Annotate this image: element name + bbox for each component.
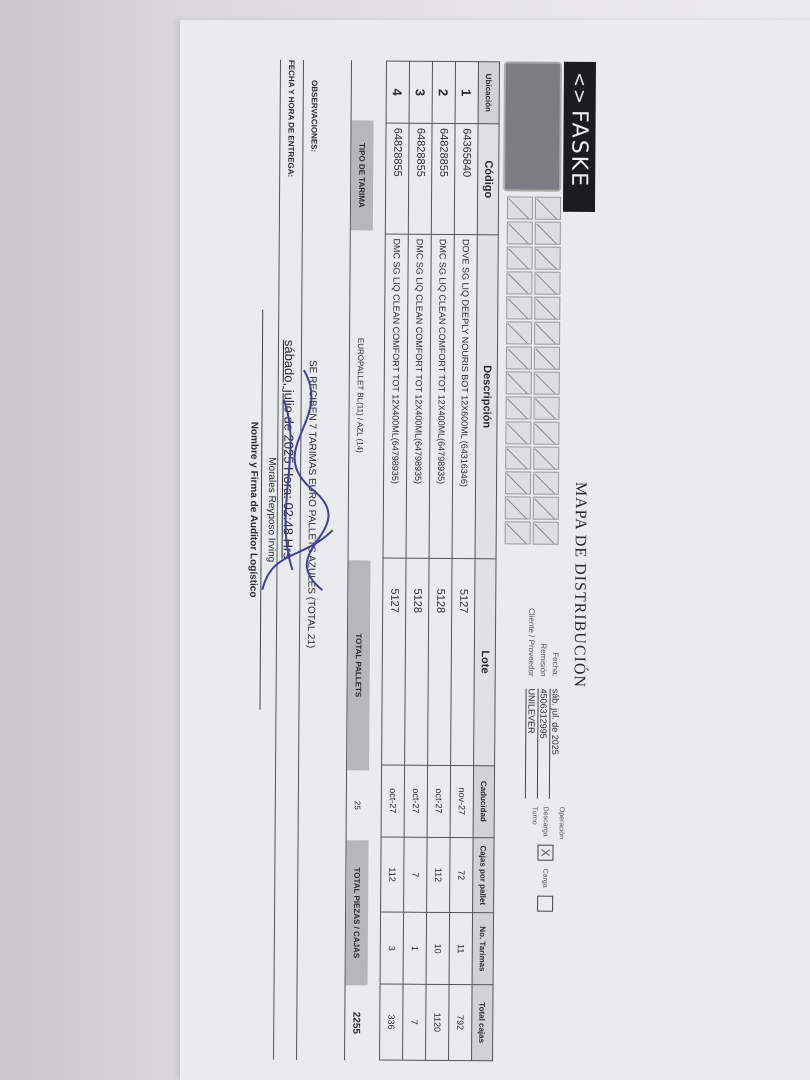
cell-codigo: 64365840 xyxy=(454,124,478,235)
total-boxes-value: 2255 xyxy=(351,985,363,1060)
col-lote: Lote xyxy=(474,558,496,765)
cell-caducidad: oct-27 xyxy=(381,765,405,837)
background-sheet xyxy=(0,0,140,1080)
pallet-cell xyxy=(506,321,532,344)
document-title: MAPA DE DISTRIBUCIÓN xyxy=(570,482,589,688)
diamond-icon: <> xyxy=(569,72,590,106)
pallet-map xyxy=(505,196,561,544)
meta-block: Fecha:sáb. jul. de 2025 Remisión45063129… xyxy=(525,587,562,799)
cell-descripcion: DMC SG LIQ CLEAN COMFORT TOT 12X400ML(64… xyxy=(383,234,408,558)
remision-value: 4506312995 xyxy=(537,689,549,799)
cell-ubicacion: 4 xyxy=(386,61,409,123)
delivery-date-label: FECHA Y HORA DE ENTREGA: xyxy=(286,60,296,230)
pallet-cell xyxy=(505,421,531,444)
cell-codigo: 64828855 xyxy=(408,123,432,234)
descarga-label: Descarga xyxy=(542,807,549,837)
total-boxes-label: TOTAL PIEZAS / CAJAS xyxy=(346,840,369,985)
pallet-cell xyxy=(535,222,561,245)
cell-lote: 5127 xyxy=(382,558,406,765)
col-descripcion: Descripción xyxy=(475,235,498,559)
cell-tarimas: 11 xyxy=(449,913,472,985)
brand-name: FASKE xyxy=(567,110,593,188)
cell-total: 7 xyxy=(403,984,427,1060)
pallet-cell xyxy=(507,246,533,269)
cell-caducidad: nov-27 xyxy=(450,765,474,837)
col-tarimas: No. Tarimas xyxy=(472,913,493,985)
pallet-cell xyxy=(506,346,532,369)
client-value: UNILEVER xyxy=(525,689,537,799)
pallet-cell xyxy=(533,472,559,495)
brand-logo: <> FASKE xyxy=(563,62,596,212)
cell-descripcion: DOVE SG LIQ DEEPLY NOURIS BOT 12X600ML (… xyxy=(452,234,477,558)
total-pallets-label: TOTAL PALLETS xyxy=(347,560,370,770)
pallet-cell xyxy=(507,196,533,219)
pallet-cell xyxy=(505,471,531,494)
cell-lote: 5128 xyxy=(405,558,429,765)
cell-caducidad: oct-27 xyxy=(427,765,451,837)
truck-icon xyxy=(503,61,562,191)
operation-label: Operación xyxy=(557,807,565,912)
cell-cajas_pallet: 112 xyxy=(381,837,405,913)
cell-cajas_pallet: 7 xyxy=(404,837,428,913)
pallet-type-value: EUROPALLET BL(11) / AZL (14) xyxy=(355,230,366,560)
cell-tarimas: 3 xyxy=(380,912,403,984)
auditor-block: Morales Reyposo Irving Nombre y Firma de… xyxy=(246,310,278,710)
cell-descripcion: DMC SG LIQ CLEAN COMFORT TOT 12X400ML(64… xyxy=(406,234,431,558)
cell-ubicacion: 2 xyxy=(432,61,455,123)
cell-tarimas: 10 xyxy=(426,913,449,985)
pallet-cell xyxy=(533,497,559,520)
pallet-cell xyxy=(534,372,560,395)
pallet-cell xyxy=(534,397,560,420)
col-caducidad: Caducidad xyxy=(473,765,495,837)
delivery-date-value: sábado, julio de 2025 Hora: 02:48 Hrs xyxy=(278,230,299,1060)
pallet-cell xyxy=(505,496,531,519)
cell-cajas_pallet: 112 xyxy=(427,837,451,913)
pallet-cell xyxy=(533,447,559,470)
cell-descripcion: DMC SG LIQ CLEAN COMFORT TOT 12X400ML(64… xyxy=(429,234,454,558)
date-label: Fecha: xyxy=(551,587,561,689)
pallet-cell xyxy=(534,297,560,320)
pallet-cell xyxy=(533,422,559,445)
pallet-cell xyxy=(505,521,531,544)
pallet-cell xyxy=(506,271,532,294)
cell-caducidad: oct-27 xyxy=(404,765,428,837)
pallet-cell xyxy=(534,272,560,295)
col-codigo: Código xyxy=(477,124,499,235)
cell-total: 336 xyxy=(380,984,404,1060)
cell-codigo: 64828855 xyxy=(431,123,455,234)
pallet-cell xyxy=(506,396,532,419)
pallet-cell xyxy=(535,247,561,270)
remision-label: Remisión xyxy=(539,587,549,689)
items-table: Ubicación Código Descripción Lote Caduci… xyxy=(379,61,500,1062)
cell-total: 1120 xyxy=(426,984,450,1060)
col-total: Total cajas xyxy=(472,985,494,1061)
pallet-cell xyxy=(506,371,532,394)
distribution-map-sheet: <> FASKE MAPA DE DISTRIBUCIÓN Fecha:sáb.… xyxy=(159,59,596,1062)
total-pallets-value: 25 xyxy=(353,770,362,840)
client-label: Cliente / Proveedor xyxy=(527,587,537,689)
pallet-cell xyxy=(507,221,533,244)
descarga-checkbox[interactable]: X xyxy=(537,845,553,861)
totals-row: TIPO DE TARIMA EUROPALLET BL(11) / AZL (… xyxy=(344,60,374,1060)
pallet-cell xyxy=(534,347,560,370)
cell-total: 792 xyxy=(449,984,473,1060)
cell-ubicacion: 3 xyxy=(409,61,432,123)
col-cajas-pallet: Cajas por pallet xyxy=(473,837,495,913)
auditor-label: Nombre y Firma de Auditor Logístico xyxy=(246,310,263,710)
cell-ubicacion: 1 xyxy=(455,62,478,124)
cell-codigo: 64828855 xyxy=(385,123,409,234)
pallet-cell xyxy=(505,446,531,469)
carga-label: Carga xyxy=(542,869,549,888)
header: <> FASKE MAPA DE DISTRIBUCIÓN Fecha:sáb.… xyxy=(519,62,596,1062)
cell-lote: 5127 xyxy=(451,558,475,765)
cell-tarimas: 1 xyxy=(403,913,426,985)
operation-block: Operación Descarga X Carga Turno xyxy=(530,807,565,912)
col-ubicacion: Ubicación xyxy=(478,62,499,124)
observations-label: OBSERVACIONES: xyxy=(309,60,319,250)
pallet-cell xyxy=(506,296,532,319)
carga-checkbox[interactable] xyxy=(537,896,553,912)
cell-cajas_pallet: 72 xyxy=(450,837,474,913)
pallet-cell xyxy=(533,522,559,545)
cell-lote: 5128 xyxy=(428,558,452,765)
date-value: sáb. jul. de 2025 xyxy=(549,689,561,799)
pallet-cell xyxy=(534,322,560,345)
pallet-type-label: TIPO DE TARIMA xyxy=(351,120,374,230)
pallet-cell xyxy=(535,197,561,220)
